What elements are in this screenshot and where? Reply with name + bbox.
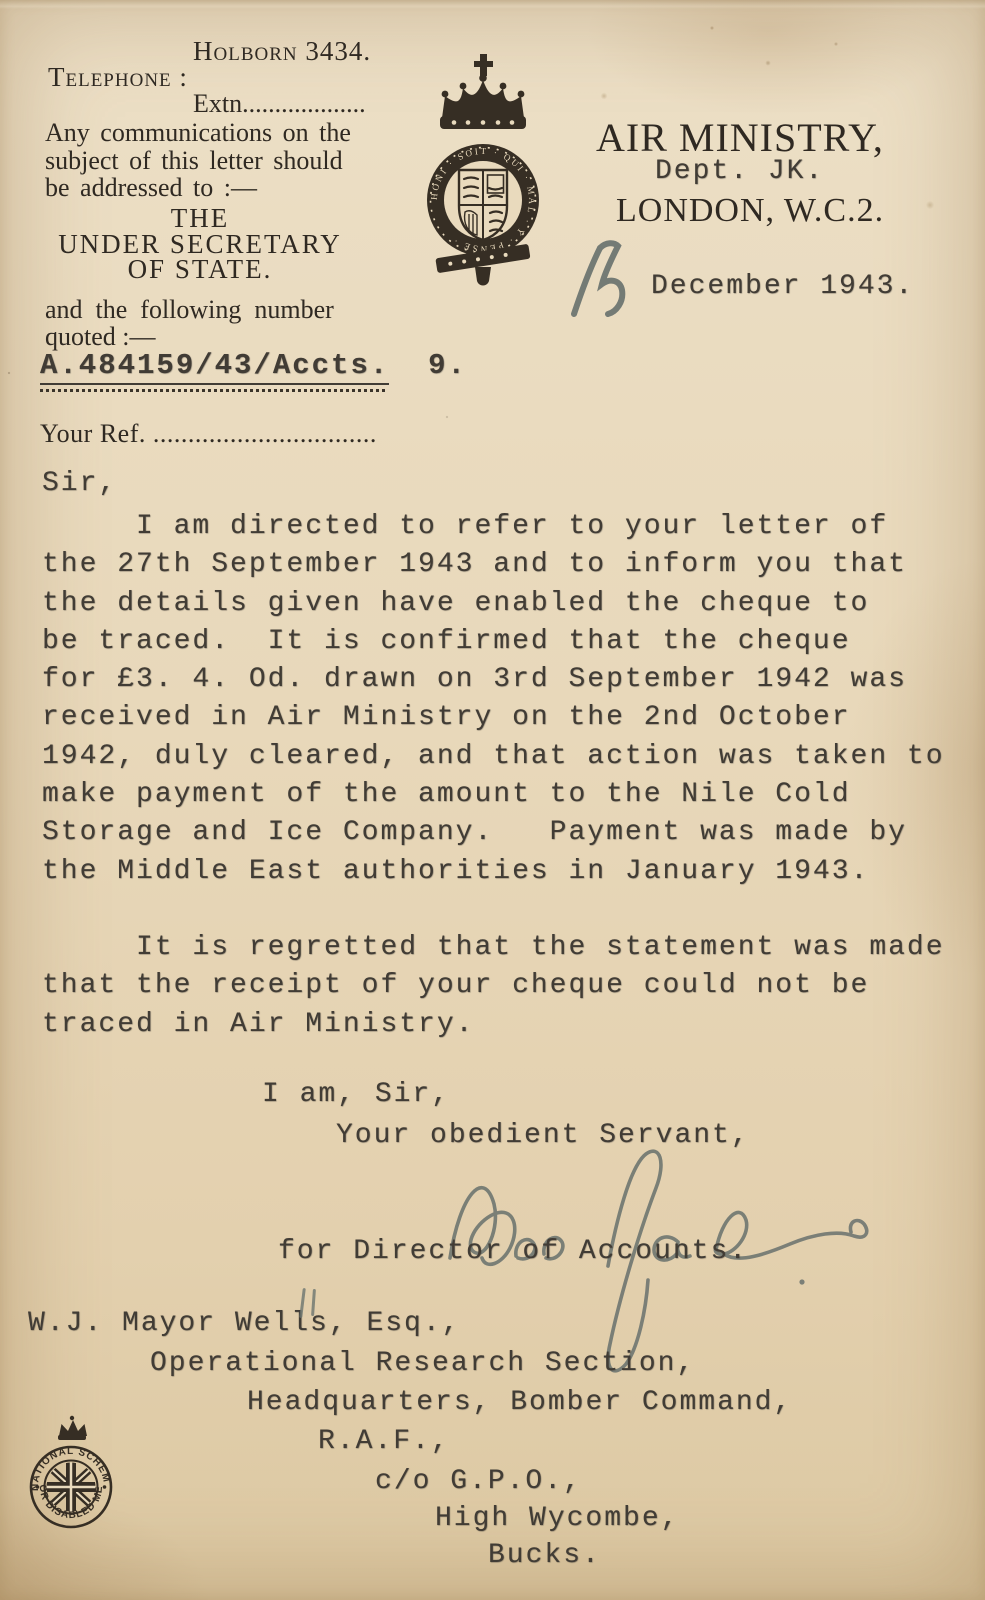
- text-line: traced in Air Ministry.: [42, 1006, 945, 1044]
- text-line: It is regretted that the statement was m…: [42, 929, 945, 967]
- telephone-exchange: Holborn 3434.: [193, 36, 371, 67]
- letterhead-addressee: THEUNDER SECRETARYOF STATE.: [40, 206, 360, 283]
- text-line: the Middle East authorities in January 1…: [42, 853, 945, 891]
- text-line: subject of this letter should: [45, 147, 351, 175]
- recipient-line-6: High Wycombe,: [435, 1503, 679, 1534]
- text-line: for £3. 4. Od. drawn on 3rd September 19…: [42, 661, 945, 699]
- your-ref-label: Your Ref. ..............................…: [40, 419, 377, 449]
- text-line: and the following number: [45, 296, 334, 323]
- text-line: Storage and Ice Company. Payment was mad…: [42, 814, 945, 852]
- paper-fold-crease: [0, 0, 985, 9]
- file-reference-suffix: 9.: [389, 349, 467, 382]
- file-reference: A.484159/43/Accts. 9.: [40, 349, 467, 382]
- text-line: the details given have enabled the chequ…: [42, 585, 945, 623]
- text-line: be traced. It is confirmed that the cheq…: [42, 623, 945, 661]
- text-line: 1942, duly cleared, and that action was …: [42, 738, 945, 776]
- text-line: THE: [40, 206, 360, 232]
- reference-dotted-rule: [40, 389, 385, 392]
- text-line: be addressed to :—: [45, 174, 351, 202]
- paragraph-2: It is regretted that the statement was m…: [42, 929, 945, 1044]
- date-day-handwritten: [566, 238, 646, 320]
- extension-label: Extn...................: [193, 89, 366, 119]
- date-typed: December 1943.: [651, 271, 914, 302]
- paragraph-1: I am directed to refer to your letter of…: [42, 508, 945, 891]
- recipient-line-1: W.J. Mayor Wells, Esq.,: [28, 1308, 460, 1339]
- salutation: Sir,: [42, 468, 117, 499]
- text-line: make payment of the amount to the Nile C…: [42, 776, 945, 814]
- national-scheme-for-disabled-men-badge: NATIONAL SCHEME FOR DISABLED MEN: [28, 1412, 114, 1540]
- recipient-line-7: Bucks.: [488, 1540, 601, 1571]
- quote-number-note: and the following numberquoted :—: [45, 296, 334, 350]
- royal-coat-of-arms-crest: HONI · SOIT · QUI · MAL · Y · PENSE ·: [420, 52, 546, 290]
- letter-page: Holborn 3434. Telephone : Extn..........…: [0, 0, 985, 1600]
- text-line: quoted :—: [45, 323, 334, 350]
- telephone-label: Telephone :: [48, 62, 188, 93]
- recipient-line-3: Headquarters, Bomber Command,: [247, 1387, 792, 1418]
- text-line: I am directed to refer to your letter of: [42, 508, 945, 546]
- text-line: that the receipt of your cheque could no…: [42, 967, 945, 1005]
- ministry-city: LONDON, W.C.2.: [616, 192, 884, 230]
- ministry-name: AIR MINISTRY,: [596, 114, 884, 161]
- text-line: OF STATE.: [40, 257, 360, 283]
- recipient-line-4: R.A.F.,: [318, 1426, 450, 1457]
- recipient-line-2: Operational Research Section,: [150, 1348, 695, 1379]
- signed-for-title: for Director of Accounts.: [278, 1236, 748, 1267]
- text-line: received in Air Ministry on the 2nd Octo…: [42, 699, 945, 737]
- quartered-shield: [459, 170, 507, 240]
- text-line: Any communications on the: [45, 119, 351, 147]
- valediction-line-1: I am, Sir,: [262, 1079, 450, 1110]
- ministry-department: Dept. JK.: [655, 156, 824, 187]
- text-line: the 27th September 1943 and to inform yo…: [42, 546, 945, 584]
- file-reference-number: A.484159/43/Accts.: [40, 349, 389, 385]
- recipient-line-5: c/o G.P.O.,: [375, 1466, 582, 1497]
- communications-instructions: Any communications on thesubject of this…: [45, 119, 351, 202]
